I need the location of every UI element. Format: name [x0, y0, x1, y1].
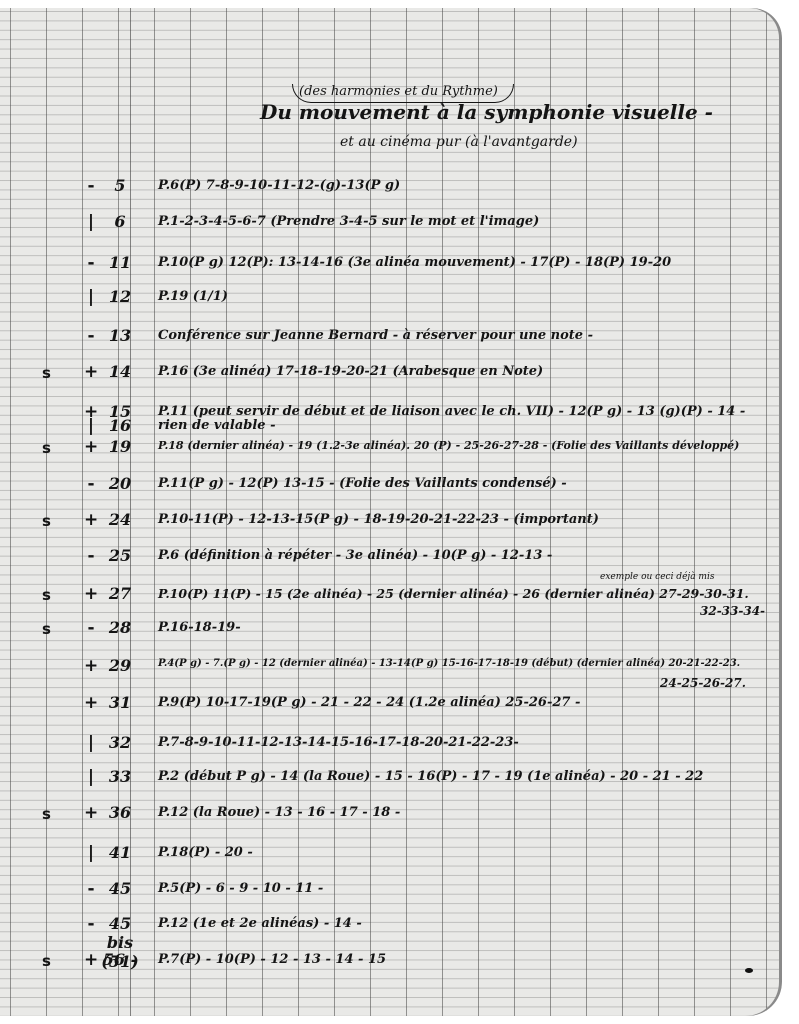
status-mark: | [84, 843, 98, 863]
chapter-number: 12 [100, 287, 140, 306]
status-mark: - [84, 879, 98, 899]
page-references: P.5(P) - 6 - 9 - 10 - 11 - [158, 881, 323, 896]
entry-row: +29P.4(P g) - 7.(P g) - 12 (dernier alin… [0, 656, 782, 684]
page-references: P.10(P) 11(P) - 15 (2e alinéa) - 25 (der… [158, 586, 749, 601]
ink-blot [745, 968, 753, 973]
page-references: P.10(P g) 12(P): 13-14-16 (3e alinéa mou… [158, 255, 671, 270]
page-references: P.6 (définition à répéter - 3e alinéa) -… [158, 548, 552, 563]
entry-row: s-28P.16-18-19- [0, 618, 782, 646]
status-mark: - [84, 618, 98, 638]
status-mark: | [84, 416, 98, 436]
status-mark: | [84, 767, 98, 787]
margin-annotation: exemple ou ceci déjà mis [600, 572, 714, 582]
entry-row: s+24P.10-11(P) - 12-13-15(P g) - 18-19-2… [0, 510, 782, 538]
chapter-number: 14 [100, 362, 140, 381]
entry-row: |6P.1-2-3-4-5-6-7 (Prendre 3-4-5 sur le … [0, 212, 782, 240]
entry-row: -11P.10(P g) 12(P): 13-14-16 (3e alinéa … [0, 253, 782, 281]
side-mark: s [42, 805, 51, 823]
page-references: P.10-11(P) - 12-13-15(P g) - 18-19-20-21… [158, 512, 599, 527]
page-references: Conférence sur Jeanne Bernard - à réserv… [158, 328, 593, 343]
entry-row: -45 bis (51)P.12 (1e et 2e alinéas) - 14… [0, 914, 782, 942]
chapter-number: 28 [100, 618, 140, 637]
side-mark: s [42, 439, 51, 457]
status-mark: | [84, 287, 98, 307]
entry-row: |33P.2 (début P g) - 14 (la Roue) - 15 -… [0, 767, 782, 795]
page-references: P.16-18-19- [158, 620, 241, 635]
entry-row: s+56 -P.7(P) - 10(P) - 12 - 13 - 14 - 15 [0, 950, 782, 978]
side-mark: s [42, 586, 51, 604]
side-mark: s [42, 952, 51, 970]
page-references: P.7(P) - 10(P) - 12 - 13 - 14 - 15 [158, 952, 386, 967]
status-mark: - [84, 253, 98, 273]
chapter-number: 20 [100, 474, 140, 493]
page-references: P.18(P) - 20 - [158, 845, 253, 860]
entry-row: |41P.18(P) - 20 - [0, 843, 782, 871]
entry-row: s+36P.12 (la Roue) - 13 - 16 - 17 - 18 - [0, 803, 782, 831]
chapter-number: 11 [100, 253, 140, 272]
page-title: Du mouvement à la symphonie visuelle - [260, 100, 713, 124]
status-mark: + [84, 510, 98, 530]
status-mark: - [84, 176, 98, 196]
status-mark: | [84, 212, 98, 232]
page-references: P.4(P g) - 7.(P g) - 12 (dernier alinéa)… [158, 658, 740, 669]
entry-row: s+19P.18 (dernier alinéa) - 19 (1.2-3e a… [0, 437, 782, 465]
entry-row: -20P.11(P g) - 12(P) 13-15 - (Folie des … [0, 474, 782, 502]
continuation-line: 24-25-26-27. [660, 676, 746, 690]
status-mark: + [84, 803, 98, 823]
page-references: P.18 (dernier alinéa) - 19 (1.2-3e aliné… [158, 439, 739, 452]
page-references: P.9(P) 10-17-19(P g) - 21 - 22 - 24 (1.2… [158, 695, 580, 710]
chapter-number: 29 [100, 656, 140, 675]
page-references: P.1-2-3-4-5-6-7 (Prendre 3-4-5 sur le mo… [158, 214, 539, 229]
entry-row: |12P.19 (1/1) [0, 287, 782, 315]
chapter-number: 36 [100, 803, 140, 822]
side-mark: s [42, 512, 51, 530]
continuation-line: 32-33-34- [700, 604, 765, 618]
chapter-number: 24 [100, 510, 140, 529]
entry-row: -13Conférence sur Jeanne Bernard - à rés… [0, 326, 782, 354]
entry-row: s+27P.10(P) 11(P) - 15 (2e alinéa) - 25 … [0, 584, 782, 612]
status-mark: - [84, 474, 98, 494]
status-mark: - [84, 546, 98, 566]
page-references: rien de valable - [158, 418, 275, 433]
page-references: P.12 (la Roue) - 13 - 16 - 17 - 18 - [158, 805, 400, 820]
status-mark: + [84, 584, 98, 604]
page-references: P.19 (1/1) [158, 289, 228, 304]
page-references: P.2 (début P g) - 14 (la Roue) - 15 - 16… [158, 769, 703, 784]
chapter-number: 6 [100, 212, 140, 231]
status-mark: + [84, 693, 98, 713]
status-mark: + [84, 656, 98, 676]
page-references: P.12 (1e et 2e alinéas) - 14 - [158, 916, 362, 931]
chapter-number: 32 [100, 733, 140, 752]
chapter-number: 13 [100, 326, 140, 345]
chapter-number: 25 [100, 546, 140, 565]
chapter-number: 5 [100, 176, 140, 195]
status-mark: + [84, 437, 98, 457]
title-annotation: (des harmonies et du Rythme) [299, 84, 498, 99]
entry-row: +31P.9(P) 10-17-19(P g) - 21 - 22 - 24 (… [0, 693, 782, 721]
entry-row: |32P.7-8-9-10-11-12-13-14-15-16-17-18-20… [0, 733, 782, 761]
entry-row: -25P.6 (définition à répéter - 3e alinéa… [0, 546, 782, 574]
chapter-number: 45 [100, 879, 140, 898]
chapter-number: 31 [100, 693, 140, 712]
chapter-number: 19 [100, 437, 140, 456]
entry-row: -5P.6(P) 7-8-9-10-11-12-(g)-13(P g) [0, 176, 782, 204]
page-subtitle: et au cinéma pur (à l'avantgarde) [340, 134, 578, 150]
page-references: P.7-8-9-10-11-12-13-14-15-16-17-18-20-21… [158, 735, 519, 750]
chapter-number: 56 - [100, 950, 140, 969]
status-mark: - [84, 326, 98, 346]
page-references: P.16 (3e alinéa) 17-18-19-20-21 (Arabesq… [158, 364, 543, 379]
entry-row: s+14P.16 (3e alinéa) 17-18-19-20-21 (Ara… [0, 362, 782, 390]
status-mark: + [84, 950, 98, 970]
status-mark: - [84, 914, 98, 934]
chapter-number: 27 [100, 584, 140, 603]
status-mark: | [84, 733, 98, 753]
chapter-number: 41 [100, 843, 140, 862]
chapter-number: 33 [100, 767, 140, 786]
entry-row: -45P.5(P) - 6 - 9 - 10 - 11 - [0, 879, 782, 907]
chapter-number: 16 [100, 416, 140, 435]
page-references: P.11(P g) - 12(P) 13-15 - (Folie des Vai… [158, 476, 567, 491]
side-mark: s [42, 620, 51, 638]
status-mark: + [84, 362, 98, 382]
page-references: P.6(P) 7-8-9-10-11-12-(g)-13(P g) [158, 178, 400, 193]
side-mark: s [42, 364, 51, 382]
